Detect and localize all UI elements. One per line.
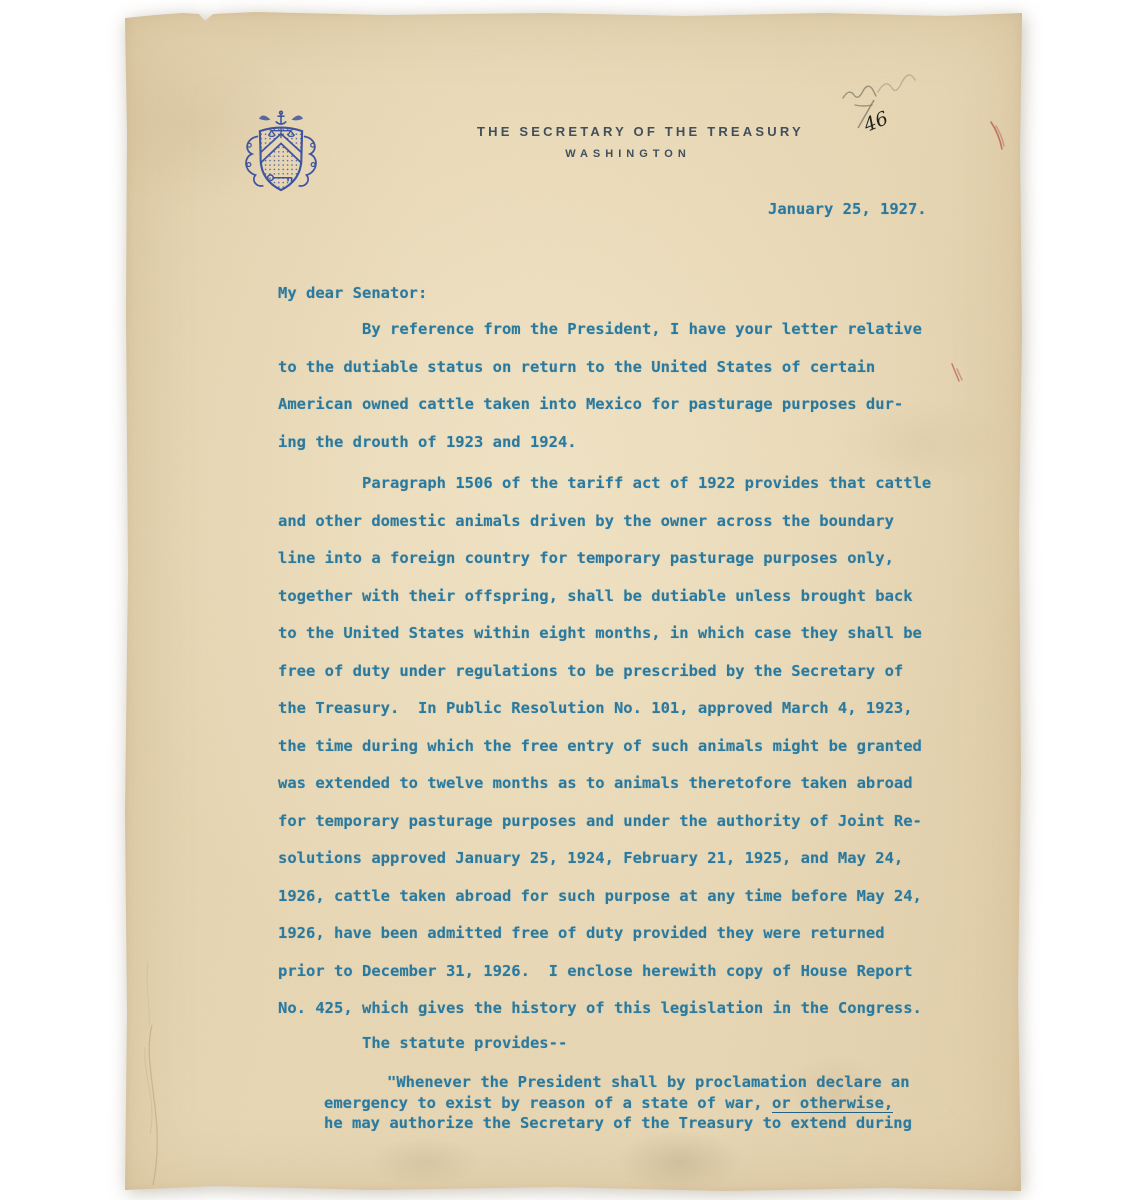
- typed-line: together with their offspring, shall be …: [278, 578, 931, 616]
- quote-text: emergency to exist by reason of a state …: [324, 1094, 772, 1112]
- typed-line: 1926, have been admitted free of duty pr…: [278, 915, 931, 953]
- typed-line: Paragraph 1506 of the tariff act of 1922…: [278, 465, 931, 503]
- typed-line: to the dutiable status on return to the …: [278, 349, 922, 387]
- typed-line: free of duty under regulations to be pre…: [278, 653, 931, 691]
- typed-line: American owned cattle taken into Mexico …: [278, 386, 922, 424]
- quote-line: emergency to exist by reason of a state …: [324, 1093, 912, 1114]
- pencil-note: 46: [858, 100, 891, 137]
- underlined-phrase: or otherwise,: [772, 1094, 893, 1114]
- typed-line: line into a foreign country for temporar…: [278, 540, 931, 578]
- typed-line: solutions approved January 25, 1924, Feb…: [278, 840, 931, 878]
- paragraph-2: Paragraph 1506 of the tariff act of 1922…: [278, 465, 931, 1028]
- treasury-seal-icon: [237, 108, 325, 200]
- typed-line: to the United States within eight months…: [278, 615, 931, 653]
- typed-line: No. 425, which gives the history of this…: [278, 990, 931, 1028]
- letterhead-subtitle: WASHINGTON: [477, 148, 779, 160]
- quote-line: "Whenever the President shall by proclam…: [324, 1072, 912, 1093]
- quote-line: he may authorize the Secretary of the Tr…: [324, 1113, 912, 1134]
- statute-intro: The statute provides--: [362, 1033, 567, 1053]
- typed-line: ing the drouth of 1923 and 1924.: [278, 424, 922, 462]
- letterhead-title: THE SECRETARY OF THE TREASURY: [477, 124, 779, 139]
- scanned-letter: THE SECRETARY OF THE TREASURY WASHINGTON…: [125, 12, 1022, 1191]
- crease-line: [145, 962, 157, 1185]
- red-mark-top: [991, 122, 1004, 149]
- typed-line: prior to December 31, 1926. I enclose he…: [278, 953, 931, 991]
- typed-line: 1926, cattle taken abroad for such purpo…: [278, 878, 931, 916]
- salutation: My dear Senator:: [278, 283, 427, 303]
- typed-line: was extended to twelve months as to anim…: [278, 765, 931, 803]
- letter-page: THE SECRETARY OF THE TREASURY WASHINGTON…: [125, 12, 1022, 1191]
- pencil-number: 46: [860, 107, 892, 137]
- paragraph-1: By reference from the President, I have …: [278, 311, 922, 461]
- typed-line: the Treasury. In Public Resolution No. 1…: [278, 690, 931, 728]
- letterhead: THE SECRETARY OF THE TREASURY WASHINGTON: [477, 124, 779, 160]
- typed-line: and other domestic animals driven by the…: [278, 503, 931, 541]
- statute-quote: "Whenever the President shall by proclam…: [324, 1072, 912, 1134]
- date-line: January 25, 1927.: [768, 199, 927, 219]
- typed-line: for temporary pasturage purposes and und…: [278, 803, 931, 841]
- typed-line: the time during which the free entry of …: [278, 728, 931, 766]
- typed-line: By reference from the President, I have …: [278, 311, 922, 349]
- pencil-scribble: [843, 75, 915, 106]
- red-mark-middle: [952, 364, 962, 381]
